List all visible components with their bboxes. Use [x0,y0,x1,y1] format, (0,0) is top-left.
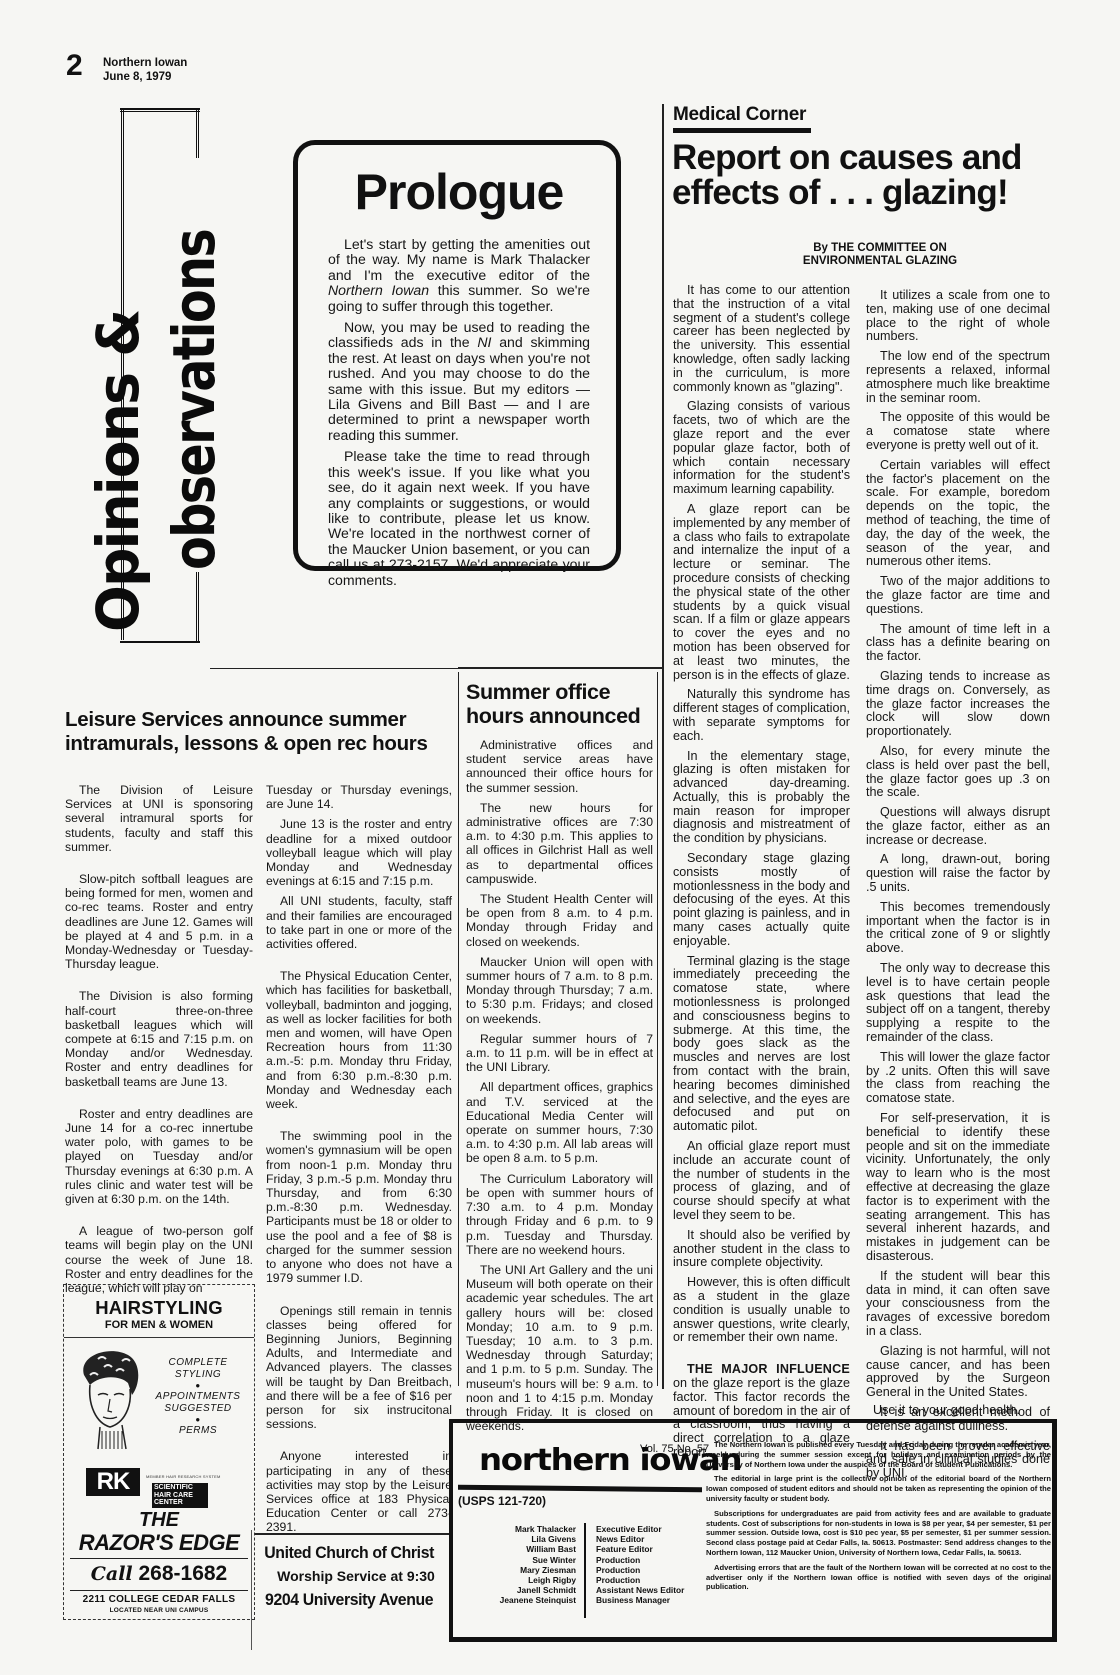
staff-role: News Editor [586,1534,644,1544]
ad-phone: Call 268-1682 [64,1561,254,1587]
page-number: 2 [66,52,83,80]
staff-role: Production [586,1565,640,1575]
staff-name: Janell Schmidt [491,1585,586,1595]
banner-frame [196,572,199,642]
hairstyling-advertisement: HAIRSTYLING FOR MEN & WOMEN COMPLETE STY… [63,1284,255,1620]
leisure-paragraph: The swimming pool in the women's gymnasi… [266,1129,452,1285]
leisure-paragraph: Roster and entry deadlines are June 14 f… [65,1107,253,1206]
info-paragraph: Subscriptions for undergraduates are pai… [706,1509,1051,1558]
service-item: SUGGESTED [146,1403,250,1415]
ad-rule [70,1558,248,1559]
medical-paragraph: A glaze report can be implemented by any… [673,503,850,682]
rk-tagline: MEMBER HAIR RESEARCH SYSTEM [146,1474,221,1479]
medical-paragraph: A long, drawn-out, boring question will … [866,853,1050,894]
badge-line: SCIENTIFIC [154,1484,206,1492]
staff-row: Mary ZiesmanProduction [491,1565,696,1575]
phone-number: 268-1682 [138,1562,227,1585]
info-paragraph: Advertising errors that are the fault of… [706,1563,1051,1592]
medical-paragraph: Questions will always disrupt the glaze … [866,806,1050,847]
leisure-paragraph: The Physical Education Center, which has… [266,969,452,1111]
column-rule [662,104,664,1389]
ad-location-note: LOCATED NEAR UNI CAMPUS [64,1607,254,1614]
spacer [266,1117,452,1129]
prologue-paragraph: Let's start by getting the amenities out… [328,237,590,314]
leisure-paragraph: Slow-pitch softball leagues are being fo… [65,872,253,971]
leisure-paragraph: Anyone interested in participating in an… [266,1449,452,1534]
shop-name: RAZOR'S EDGE [64,1531,254,1555]
spacer [65,1212,253,1224]
ad-rule [70,1590,248,1591]
medical-paragraph: Secondary stage glazing consists mostly … [673,852,850,949]
medical-paragraph: An official glaze report must include an… [673,1140,850,1223]
medical-column-1: It has come to our attention that the in… [673,284,850,1466]
leisure-headline: Leisure Services announce summer intramu… [65,708,455,756]
banner-frame [196,110,199,158]
spacer [65,1095,253,1107]
medical-paragraph: This becomes tremendously important when… [866,901,1050,956]
medical-paragraph: Glazing is not harmful, will not cause c… [866,1345,1050,1400]
prologue-paragraph: Now, you may be used to reading the clas… [328,320,590,443]
info-paragraph: The editorial in large print is the coll… [706,1474,1051,1503]
summer-paragraph: The UNI Art Gallery and the uni Museum w… [466,1263,653,1433]
prologue-paragraph: Please take the time to read through thi… [328,449,590,588]
kicker-underline [673,128,811,133]
scientific-hair-care-badge: SCIENTIFIC HAIR CARE CENTER [152,1483,208,1508]
staff-name: Mark Thalacker [491,1524,586,1534]
leisure-column-2: Tuesday or Thursday evenings, are June 1… [266,783,452,1541]
publication-name-italic: Northern Iowan [328,282,429,298]
medical-paragraph: Glazing tends to increase as time drags … [866,670,1050,739]
medical-paragraph: It has come to our attention that the in… [673,284,850,394]
subhead-lead: THE MAJOR INFLUENCE [687,1362,850,1376]
staff-row: Lila GivensNews Editor [491,1534,696,1544]
publication-abbrev-italic: NI [477,334,491,350]
staff-name: Jeanene Steinquist [491,1595,586,1605]
medical-headline: Report on causes and effects of . . . gl… [672,140,1062,210]
medical-paragraph: Also, for every minute the class is held… [866,745,1050,800]
staff-role: Feature Editor [586,1544,653,1554]
staff-role: Executive Editor [586,1524,662,1534]
section-banner-line1: Opinions & [84,311,152,632]
medical-paragraph: If the student will bear this data in mi… [866,1270,1050,1339]
summer-hours-headline: Summer office hours announced [466,680,661,728]
publication-name: Northern Iowan [103,56,187,70]
medical-paragraph: Glazing consists of various facets, two … [673,400,850,497]
service-item: COMPLETE [146,1357,250,1369]
service-item: PERMS [146,1425,250,1437]
leisure-paragraph: The Division is also forming half-court … [65,989,253,1088]
spacer [65,860,253,872]
usps-number: (USPS 121-720) [458,1494,546,1508]
folio: Northern Iowan June 8, 1979 [103,56,187,84]
medical-paragraph: The opposite of this would be a comatose… [866,411,1050,452]
staff-row: Mark ThalackerExecutive Editor [491,1524,696,1534]
summer-paragraph: The Curriculum Laboratory will be open w… [466,1172,653,1257]
prologue-editorial: Prologue Let's start by getting the amen… [293,140,621,571]
medical-paragraph: This will lower the glaze factor by .2 u… [866,1051,1050,1106]
ad-rule [255,1533,451,1535]
medical-corner-kicker: Medical Corner [673,104,806,126]
summer-paragraph: The Student Health Center will be open f… [466,892,653,949]
banner-frame [120,640,200,643]
medical-paragraph: Two of the major additions to the glaze … [866,575,1050,616]
staff-row: Sue WinterProduction [491,1555,696,1565]
medical-paragraph: The amount of time left in a class has a… [866,623,1050,664]
staff-name: William Bast [491,1544,586,1554]
shop-name-article: THE [64,1509,254,1531]
summer-paragraph: Maucker Union will open with summer hour… [466,955,653,1026]
staff-name: Sue Winter [491,1555,586,1565]
leisure-paragraph: June 13 is the roster and entry deadline… [266,817,452,888]
publication-info: The Northern Iowan is published every Tu… [706,1440,1051,1597]
summer-hours-body: Administrative offices and student servi… [466,738,653,1439]
medical-paragraph: Terminal glazing is the stage immediatel… [673,955,850,1134]
staff-name: Leigh Rigby [491,1575,586,1585]
spacer [266,957,452,969]
medical-byline: By THE COMMITTEE ON ENVIRONMENTAL GLAZIN… [760,242,1000,268]
leisure-paragraph: The Division of Leisure Services at UNI … [65,783,253,854]
summer-paragraph: All department offices, graphics and T.V… [466,1080,653,1165]
leisure-column-1: The Division of Leisure Services at UNI … [65,783,253,1301]
staff-role: Business Manager [586,1595,670,1605]
staff-name: Mary Ziesman [491,1565,586,1575]
spacer [65,977,253,989]
badge-line: CENTER [154,1499,206,1507]
section-banner-line2: observations [160,230,228,570]
ad-address: 2211 COLLEGE CEDAR FALLS [64,1594,254,1605]
ad-subtitle: FOR MEN & WOMEN [64,1319,254,1331]
staff-role: Production [586,1555,640,1565]
staff-row: Jeanene SteinquistBusiness Manager [491,1595,696,1605]
medical-paragraph: It utilizes a scale from one to ten, mak… [866,289,1050,344]
section-divider [210,668,662,669]
ad-services-list: COMPLETE STYLING ● APPOINTMENTS SUGGESTE… [146,1357,250,1437]
staff-row: Leigh RigbyProduction [491,1575,696,1585]
medical-paragraph: Naturally this syndrome has different st… [673,688,850,743]
leisure-paragraph: Tuesday or Thursday evenings, are June 1… [266,783,452,811]
medical-paragraph: However, this is often difficult as a st… [673,1276,850,1345]
issue-date: June 8, 1979 [103,70,187,84]
church-address: 9204 University Avenue [258,1590,440,1610]
badge-line: HAIR CARE [154,1492,206,1500]
summer-paragraph: Administrative offices and student servi… [466,738,653,795]
service-item: APPOINTMENTS [146,1391,250,1403]
staff-role: Production [586,1575,640,1585]
summer-paragraph: Regular summer hours of 7 a.m. to 11 p.m… [466,1032,653,1075]
staff-role: Assistant News Editor [586,1585,684,1595]
banner-frame [120,108,200,112]
medical-closing-line: Use it to your good health. [873,1403,1020,1417]
medical-paragraph: The low end of the spectrum represents a… [866,350,1050,405]
medical-paragraph: The only way to decrease this level is t… [866,962,1050,1045]
medical-paragraph: Certain variables will effect the factor… [866,459,1050,569]
church-name: United Church of Christ [258,1543,440,1563]
box-rule [458,667,663,668]
newspaper-logo: northern iowan [479,1445,741,1477]
ad-divider [64,1337,254,1338]
byline-line: By THE COMMITTEE ON [760,242,1000,255]
byline-line: ENVIRONMENTAL GLAZING [760,255,1000,268]
info-paragraph: The Northern Iowan is published every Tu… [706,1440,1051,1469]
leisure-paragraph: Openings still remain in tennis classes … [266,1304,452,1432]
leisure-paragraph: All UNI students, faculty, staff and the… [266,894,452,951]
masthead-box: Vol. 75 No. 57 northern iowan (USPS 121-… [449,1419,1057,1642]
prologue-title: Prologue [328,163,590,221]
medical-column-2: It utilizes a scale from one to ten, mak… [866,289,1050,1487]
service-item: STYLING [146,1369,250,1381]
man-portrait-illustration-icon [70,1345,148,1451]
ad-title: HAIRSTYLING [64,1297,254,1319]
staff-name: Lila Givens [491,1534,586,1544]
call-word: Call [91,1563,133,1585]
medical-paragraph: In the elementary stage, glazing is ofte… [673,750,850,847]
rk-logo: RK [86,1468,140,1496]
staff-list: Mark ThalackerExecutive Editor Lila Give… [491,1524,696,1606]
medical-paragraph: It should also be verified by another st… [673,1229,850,1270]
staff-row: Janell SchmidtAssistant News Editor [491,1585,696,1595]
column-rule [251,1530,252,1650]
staff-row: William BastFeature Editor [491,1544,696,1554]
spacer [266,1437,452,1449]
spacer [266,1292,452,1304]
logo-underline [458,1485,702,1493]
medical-paragraph: For self-preservation, it is beneficial … [866,1112,1050,1264]
bullet-icon: ● [146,1415,250,1425]
summer-paragraph: The new hours for administrative offices… [466,801,653,886]
church-service-time: Worship Service at 9:30 [258,1568,454,1584]
bullet-icon: ● [146,1381,250,1391]
